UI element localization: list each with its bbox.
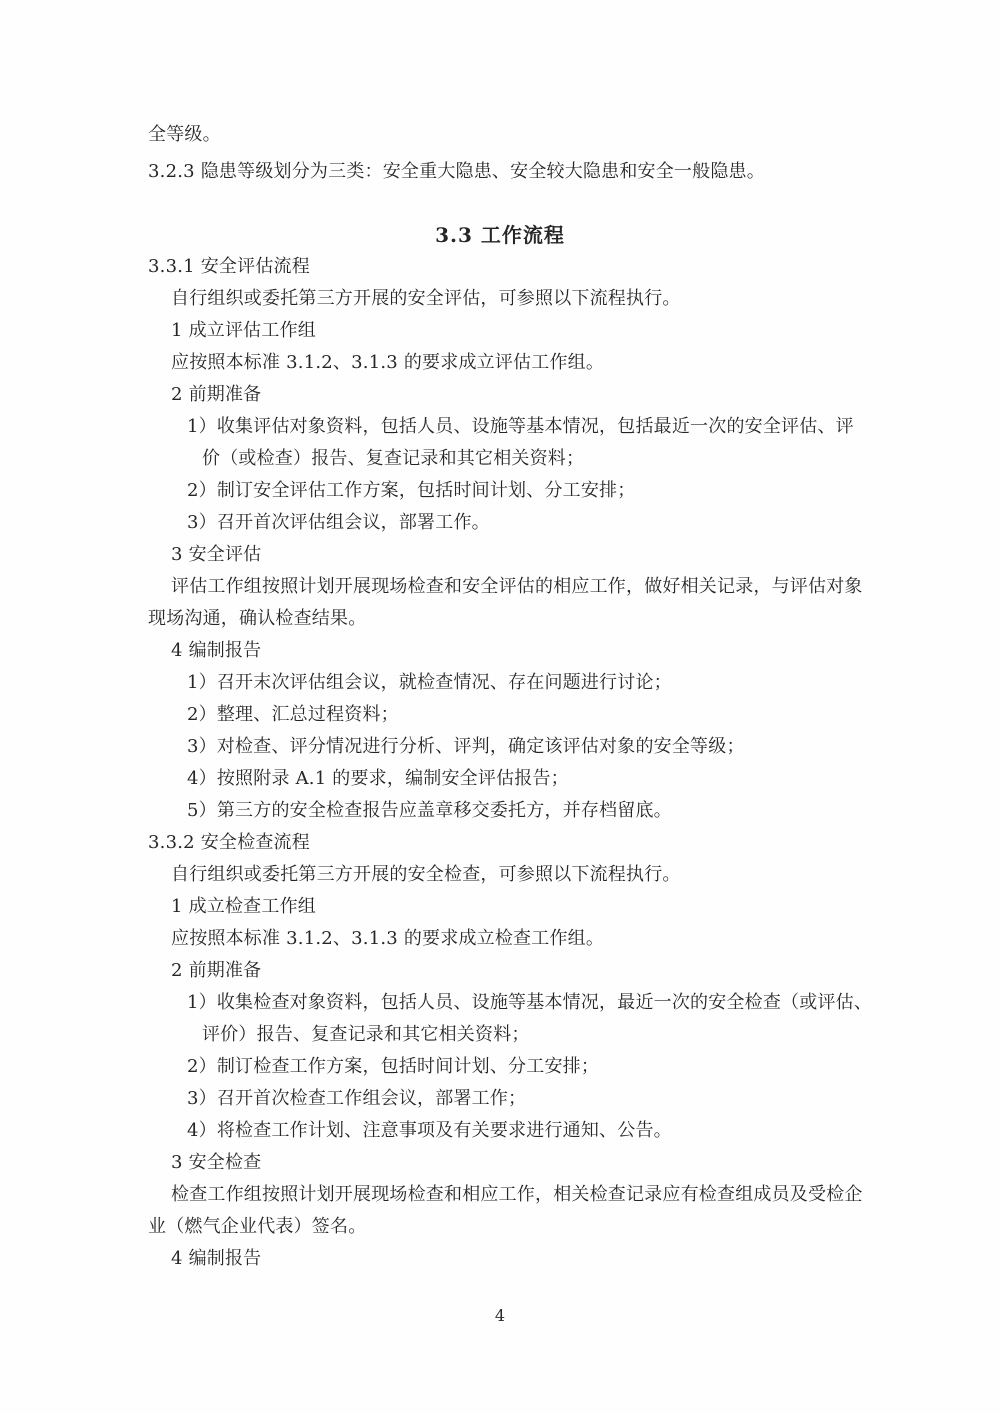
text-line: 业（燃气企业代表）签名。 xyxy=(148,1211,864,1243)
text-line: 2）制订检查工作方案，包括时间计划、分工安排； xyxy=(148,1051,864,1083)
text-line: 应按照本标准 3.1.2、3.1.3 的要求成立评估工作组。 xyxy=(148,347,864,379)
text-line: 1）收集检查对象资料，包括人员、设施等基本情况，最近一次的安全检查（或评估、 xyxy=(148,987,864,1019)
text-line: 评估工作组按照计划开展现场检查和安全评估的相应工作，做好相关记录，与评估对象 xyxy=(148,571,864,603)
text-line: 3）召开首次检查工作组会议，部署工作； xyxy=(148,1083,864,1115)
text-line: 全等级。 xyxy=(148,119,864,151)
text-line: 4 编制报告 xyxy=(148,635,864,667)
text-line: 自行组织或委托第三方开展的安全检查，可参照以下流程执行。 xyxy=(148,859,864,891)
text-line: 2）整理、汇总过程资料； xyxy=(148,699,864,731)
text-line: 4 编制报告 xyxy=(148,1243,864,1275)
text-line: 检查工作组按照计划开展现场检查和相应工作，相关检查记录应有检查组成员及受检企 xyxy=(148,1179,864,1211)
text-line: 1）召开末次评估组会议，就检查情况、存在问题进行讨论； xyxy=(148,667,864,699)
text-line: 价（或检查）报告、复查记录和其它相关资料； xyxy=(148,443,864,475)
text-line: 3.3.1 安全评估流程 xyxy=(148,251,864,283)
text-line: 应按照本标准 3.1.2、3.1.3 的要求成立检查工作组。 xyxy=(148,923,864,955)
text-line: 3.2.3 隐患等级划分为三类：安全重大隐患、安全较大隐患和安全一般隐患。 xyxy=(148,156,864,188)
page-number: 4 xyxy=(0,1306,1000,1325)
text-line: 2 前期准备 xyxy=(148,955,864,987)
text-line: 3）召开首次评估组会议，部署工作。 xyxy=(148,507,864,539)
section-heading: 3.3 工作流程 xyxy=(0,219,1000,251)
text-line: 4）按照附录 A.1 的要求，编制安全评估报告； xyxy=(148,763,864,795)
document-body: 全等级。3.2.3 隐患等级划分为三类：安全重大隐患、安全较大隐患和安全一般隐患… xyxy=(148,119,864,1275)
document-page: 全等级。3.2.3 隐患等级划分为三类：安全重大隐患、安全较大隐患和安全一般隐患… xyxy=(0,0,1000,1414)
text-line: 3.3.2 安全检查流程 xyxy=(148,827,864,859)
text-line: 1 成立检查工作组 xyxy=(148,891,864,923)
text-line: 1 成立评估工作组 xyxy=(148,315,864,347)
text-line: 评价）报告、复查记录和其它相关资料； xyxy=(148,1019,864,1051)
text-line: 3）对检查、评分情况进行分析、评判，确定该评估对象的安全等级； xyxy=(148,731,864,763)
text-line: 4）将检查工作计划、注意事项及有关要求进行通知、公告。 xyxy=(148,1115,864,1147)
text-line: 3 安全检查 xyxy=(148,1147,864,1179)
text-line: 5）第三方的安全检查报告应盖章移交委托方，并存档留底。 xyxy=(148,795,864,827)
text-line: 3 安全评估 xyxy=(148,539,864,571)
text-line: 1）收集评估对象资料，包括人员、设施等基本情况，包括最近一次的安全评估、评 xyxy=(148,411,864,443)
text-line: 自行组织或委托第三方开展的安全评估，可参照以下流程执行。 xyxy=(148,283,864,315)
text-line: 现场沟通，确认检查结果。 xyxy=(148,603,864,635)
text-line: 2 前期准备 xyxy=(148,379,864,411)
text-line: 2）制订安全评估工作方案，包括时间计划、分工安排； xyxy=(148,475,864,507)
